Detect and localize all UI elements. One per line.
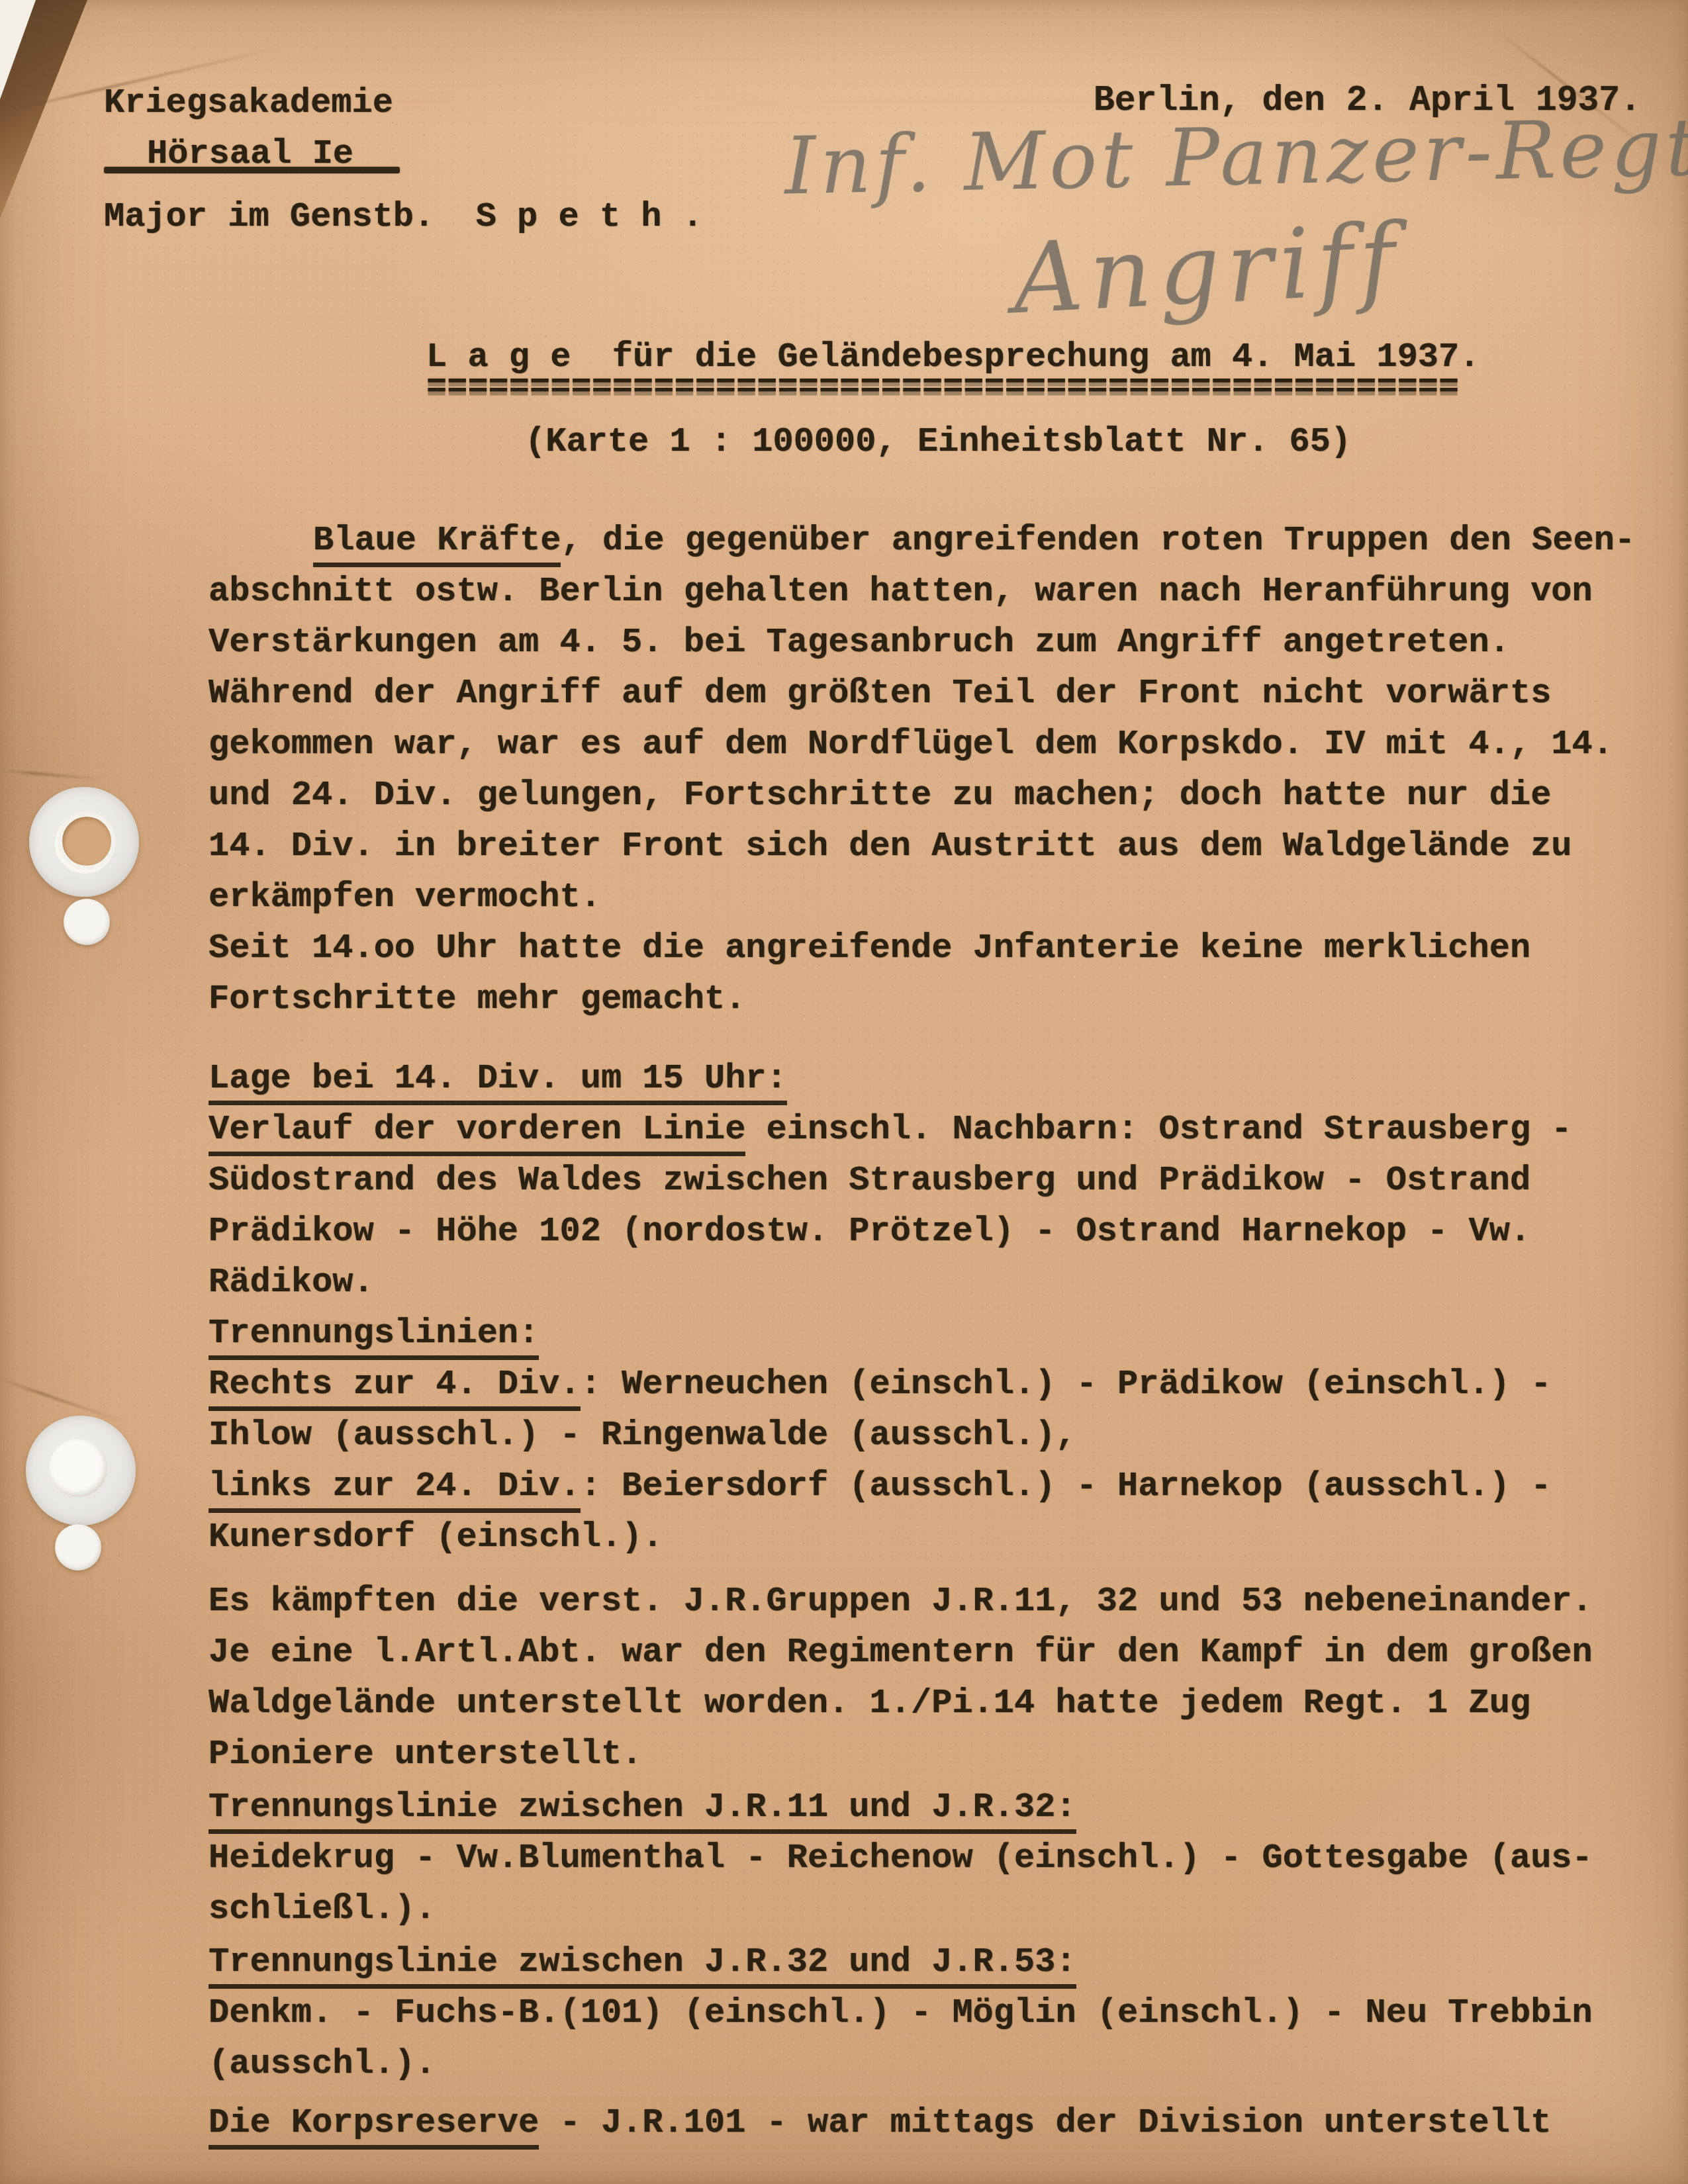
body-line-segment: Rechts zur 4. Div. bbox=[209, 1365, 581, 1411]
crease-line bbox=[0, 769, 106, 781]
body-line: Fortschritte mehr gemacht. bbox=[209, 979, 745, 1019]
body-line-segment: Fortschritte mehr gemacht. bbox=[209, 979, 745, 1019]
body-line: Kunersdorf (einschl.). bbox=[209, 1518, 663, 1557]
body-line-segment: : Werneuchen (einschl.) - Prädikow (eins… bbox=[581, 1365, 1552, 1404]
body-line: abschnitt ostw. Berlin gehalten hatten, … bbox=[209, 572, 1593, 611]
body-line: Denkm. - Fuchs-B.(101) (einschl.) - Mögl… bbox=[209, 1993, 1593, 2032]
body-line-segment: Pioniere unterstellt. bbox=[209, 1735, 642, 1774]
body-line-segment: - J.R.101 - war mittags der Division unt… bbox=[539, 2103, 1551, 2142]
body-line: Trennungslinien: bbox=[209, 1314, 539, 1353]
body-line: Lage bei 14. Div. um 15 Uhr: bbox=[209, 1059, 787, 1098]
body-line-segment: Kunersdorf (einschl.). bbox=[209, 1518, 663, 1557]
body-line-segment: Verstärkungen am 4. 5. bei Tagesanbruch … bbox=[209, 623, 1510, 662]
body-line-segment: Lage bei 14. Div. um 15 Uhr: bbox=[209, 1059, 787, 1105]
body-line-segment: : Beiersdorf (ausschl.) - Harnekop (auss… bbox=[581, 1467, 1552, 1506]
body-line: erkämpfen vermocht. bbox=[209, 878, 601, 917]
header-officer: Major im Genstb. S p e t h . bbox=[104, 197, 703, 236]
body-line-segment: Verlauf der vorderen Linie bbox=[209, 1110, 745, 1156]
paper-dot bbox=[64, 899, 110, 945]
body-line-segment: erkämpfen vermocht. bbox=[209, 878, 601, 917]
document-page: Kriegsakademie Hörsaal Ie Major im Genst… bbox=[0, 0, 1688, 2184]
body-line: schließl.). bbox=[209, 1889, 436, 1929]
body-line-segment: Blaue Kräfte bbox=[313, 521, 561, 567]
body-line: Heidekrug - Vw.Blumenthal - Reichenow (e… bbox=[209, 1839, 1593, 1878]
body-line: Blaue Kräfte, die gegenüber angreifenden… bbox=[313, 521, 1635, 560]
header-org: Kriegsakademie bbox=[104, 83, 393, 122]
body-line: Prädikow - Höhe 102 (nordostw. Prötzel) … bbox=[209, 1212, 1530, 1251]
punched-hole bbox=[49, 1439, 107, 1497]
body-line: Die Korpsreserve - J.R.101 - war mittags… bbox=[209, 2103, 1551, 2142]
body-line-segment: Südostrand des Waldes zwischen Strausber… bbox=[209, 1161, 1530, 1200]
body-line: (ausschl.). bbox=[209, 2044, 436, 2083]
body-line-segment: Waldgelände unterstellt worden. 1./Pi.14… bbox=[209, 1684, 1530, 1723]
body-line: Trennungslinie zwischen J.R.32 und J.R.5… bbox=[209, 1942, 1076, 1981]
body-line: Verlauf der vorderen Linie einschl. Nach… bbox=[209, 1110, 1572, 1149]
body-line: Südostrand des Waldes zwischen Strausber… bbox=[209, 1161, 1530, 1200]
body-line-segment: Es kämpften die verst. J.R.Gruppen J.R.1… bbox=[209, 1582, 1593, 1621]
body-line-segment: Heidekrug - Vw.Blumenthal - Reichenow (e… bbox=[209, 1839, 1593, 1878]
map-note: (Karte 1 : 100000, Einheitsblatt Nr. 65) bbox=[525, 422, 1351, 461]
body-line: Je eine l.Artl.Abt. war den Regimentern … bbox=[209, 1633, 1593, 1672]
body-line-segment: abschnitt ostw. Berlin gehalten hatten, … bbox=[209, 572, 1593, 611]
body-line: und 24. Div. gelungen, Fortschritte zu m… bbox=[209, 776, 1551, 815]
crease-line bbox=[0, 1378, 126, 1424]
body-line-segment: Trennungslinien: bbox=[209, 1314, 539, 1360]
body-line-segment: Rädikow. bbox=[209, 1263, 374, 1302]
body-line-segment: 14. Div. in breiter Front sich den Austr… bbox=[209, 827, 1572, 866]
body-line: Rechts zur 4. Div.: Werneuchen (einschl.… bbox=[209, 1365, 1551, 1404]
punched-hole bbox=[58, 812, 116, 870]
body-line-segment: einschl. Nachbarn: Ostrand Strausberg - bbox=[745, 1110, 1571, 1149]
body-line: Während der Angriff auf dem größten Teil… bbox=[209, 674, 1551, 713]
body-line-segment: Trennungslinie zwischen J.R.11 und J.R.3… bbox=[209, 1788, 1076, 1834]
body-line-segment: Prädikow - Höhe 102 (nordostw. Prötzel) … bbox=[209, 1212, 1530, 1251]
body-line: Rädikow. bbox=[209, 1263, 374, 1302]
body-line-segment: Seit 14.oo Uhr hatte die angreifende Jnf… bbox=[209, 929, 1530, 968]
body-line: Seit 14.oo Uhr hatte die angreifende Jnf… bbox=[209, 929, 1530, 968]
body-line: links zur 24. Div.: Beiersdorf (ausschl.… bbox=[209, 1467, 1551, 1506]
body-line-segment: links zur 24. Div. bbox=[209, 1467, 581, 1513]
paper-dot bbox=[55, 1524, 101, 1570]
handwriting-annotation-line-1: Inf. Mot Panzer-Regt bbox=[784, 102, 1688, 213]
body-line: 14. Div. in breiter Front sich den Austr… bbox=[209, 827, 1572, 866]
body-line: Verstärkungen am 4. 5. bei Tagesanbruch … bbox=[209, 623, 1510, 662]
header-room-underline bbox=[104, 167, 400, 173]
body-line-segment: Die Korpsreserve bbox=[209, 2103, 539, 2150]
body-line-segment: gekommen war, war es auf dem Nordflügel … bbox=[209, 725, 1613, 764]
body-line-segment: und 24. Div. gelungen, Fortschritte zu m… bbox=[209, 776, 1551, 815]
title-rule: ========================================… bbox=[426, 377, 1459, 398]
body-line-segment: Während der Angriff auf dem größten Teil… bbox=[209, 674, 1551, 713]
body-line: Pioniere unterstellt. bbox=[209, 1735, 642, 1774]
body-line-segment: Trennungslinie zwischen J.R.32 und J.R.5… bbox=[209, 1942, 1076, 1989]
body-line-segment: schließl.). bbox=[209, 1889, 436, 1929]
body-line: gekommen war, war es auf dem Nordflügel … bbox=[209, 725, 1613, 764]
body-line-segment: Denkm. - Fuchs-B.(101) (einschl.) - Mögl… bbox=[209, 1993, 1593, 2032]
body-line: Trennungslinie zwischen J.R.11 und J.R.3… bbox=[209, 1788, 1076, 1827]
body-line-segment: (ausschl.). bbox=[209, 2044, 436, 2083]
body-line: Waldgelände unterstellt worden. 1./Pi.14… bbox=[209, 1684, 1530, 1723]
handwriting-annotation-line-2: Angriff bbox=[1010, 203, 1405, 336]
body-line: Ihlow (ausschl.) - Ringenwalde (ausschl.… bbox=[209, 1416, 1076, 1455]
body-line-segment: Je eine l.Artl.Abt. war den Regimentern … bbox=[209, 1633, 1593, 1672]
body-line-segment: Ihlow (ausschl.) - Ringenwalde (ausschl.… bbox=[209, 1416, 1076, 1455]
body-line: Es kämpften die verst. J.R.Gruppen J.R.1… bbox=[209, 1582, 1593, 1621]
body-line-segment: , die gegenüber angreifenden roten Trupp… bbox=[561, 521, 1635, 560]
